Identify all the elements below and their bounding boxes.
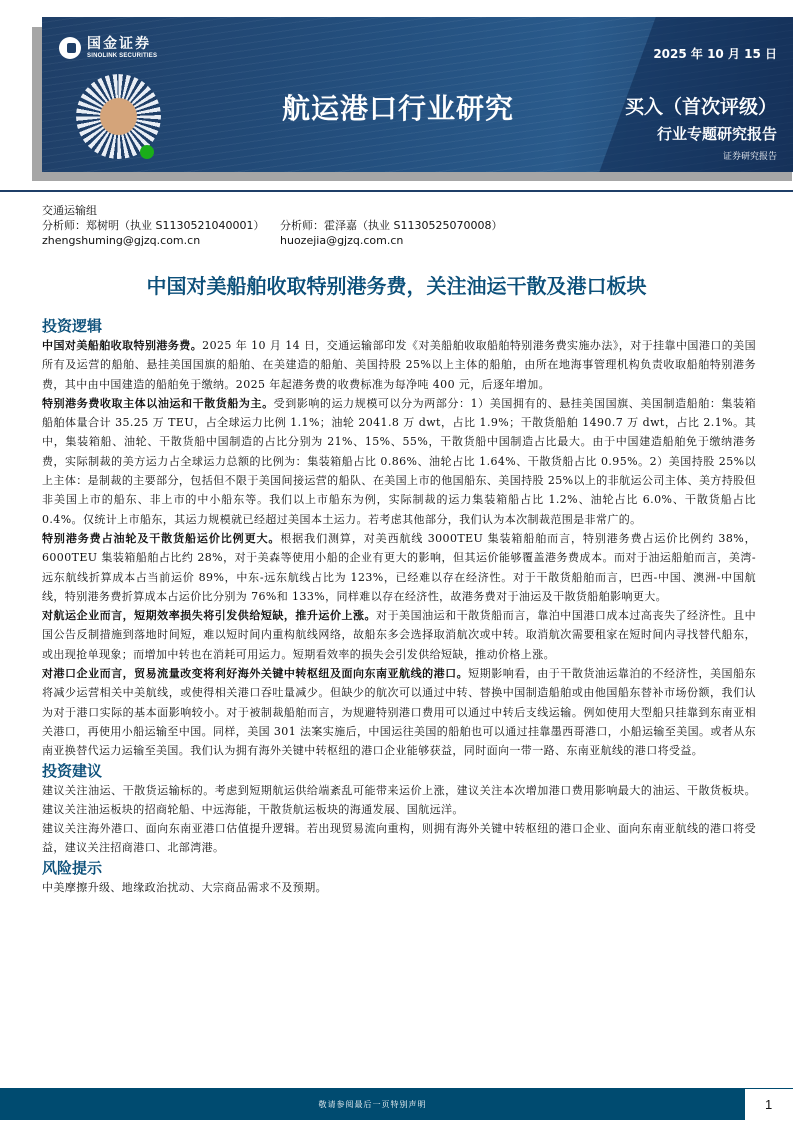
report-series-title: 航运港口行业研究	[282, 87, 514, 127]
footer-bar: 敬请参阅最后一页特别声明	[0, 1088, 745, 1120]
sinolink-logo-icon	[59, 37, 81, 59]
report-banner: 国金证券 SINOLINK SECURITIES 航运港口行业研究 2025 年…	[42, 17, 793, 172]
paragraph-lead: 特别港务费占油轮及干散货船运价比例更大。	[42, 532, 280, 545]
company-logo: 国金证券 SINOLINK SECURITIES	[59, 37, 157, 59]
logo-cn-text: 国金证券	[87, 37, 157, 51]
footer-divider	[745, 1088, 793, 1089]
risk-paragraph: 中美摩擦升级、地缘政治扰动、大宗商品需求不及预期。	[42, 878, 756, 897]
paragraph-lead: 中国对美船舶收取特别港务费。	[42, 339, 202, 352]
analyst-1-label: 分析师：郑树明（执业 S1130521040001）	[42, 218, 280, 233]
report-date: 2025 年 10 月 15 日	[653, 45, 777, 62]
page-number: 1	[765, 1097, 772, 1112]
research-group: 交通运输组	[42, 203, 762, 218]
paragraph-lead: 特别港务费收取主体以油运和干散货船为主。	[42, 397, 274, 410]
logic-paragraph: 对港口企业而言，贸易流量改变将利好海外关键中转枢纽及面向东南亚航线的港口。短期影…	[42, 664, 756, 760]
logic-paragraph: 特别港务费占油轮及干散货船运价比例更大。根据我们测算，对美西航线 3000TEU…	[42, 529, 756, 606]
report-category: 证券研究报告	[723, 149, 777, 162]
analyst-2-label: 分析师：霍泽嘉（执业 S1130525070008）	[280, 218, 502, 233]
analyst-block: 交通运输组 分析师：郑树明（执业 S1130521040001） 分析师：霍泽嘉…	[42, 203, 762, 248]
report-body: 投资逻辑 中国对美船舶收取特别港务费。2025 年 10 月 14 日，交通运输…	[42, 316, 756, 897]
rating-badge: 买入（首次评级）	[625, 92, 777, 119]
logic-paragraph: 对航运企业而言，短期效率损失将引发供给短缺，推升运价上涨。对于美国油运和干散货船…	[42, 606, 756, 664]
report-headline: 中国对美船舶收取特别港务费，关注油运干散及港口板块	[0, 270, 793, 299]
wechat-mini-program-icon	[140, 145, 154, 159]
section-title-advice: 投资建议	[42, 761, 756, 781]
advice-paragraph: 建议关注油运、干散货运输标的。考虑到短期航运供给端紊乱可能带来运价上涨，建议关注…	[42, 781, 756, 820]
header-divider	[0, 190, 793, 192]
paragraph-body: 短期影响看，由于干散货油运靠泊的不经济性，美国船东将减少运营相关中美航线，或使得…	[42, 667, 756, 757]
logic-paragraph: 中国对美船舶收取特别港务费。2025 年 10 月 14 日，交通运输部印发《对…	[42, 336, 756, 394]
analyst-1-email[interactable]: zhengshuming@gjzq.com.cn	[42, 233, 280, 248]
report-type: 行业专题研究报告	[657, 123, 777, 144]
disclaimer-notice[interactable]: 敬请参阅最后一页特别声明	[319, 1099, 427, 1110]
paragraph-lead: 对航运企业而言，短期效率损失将引发供给短缺，推升运价上涨。	[42, 609, 376, 622]
section-title-risk: 风险提示	[42, 858, 756, 878]
logic-paragraph: 特别港务费收取主体以油运和干散货船为主。受到影响的运力规模可以分为两部分：1）美…	[42, 394, 756, 529]
analyst-2-email[interactable]: huozejia@gjzq.com.cn	[280, 233, 403, 248]
paragraph-body: 受到影响的运力规模可以分为两部分：1）美国拥有的、悬挂美国国旗、美国制造船舶：集…	[42, 397, 756, 526]
advice-paragraph: 建议关注海外港口、面向东南亚港口估值提升逻辑。若出现贸易流向重构，则拥有海外关键…	[42, 819, 756, 858]
paragraph-lead: 对港口企业而言，贸易流量改变将利好海外关键中转枢纽及面向东南亚航线的港口。	[42, 667, 468, 680]
logo-en-text: SINOLINK SECURITIES	[87, 53, 157, 59]
section-title-logic: 投资逻辑	[42, 316, 756, 336]
